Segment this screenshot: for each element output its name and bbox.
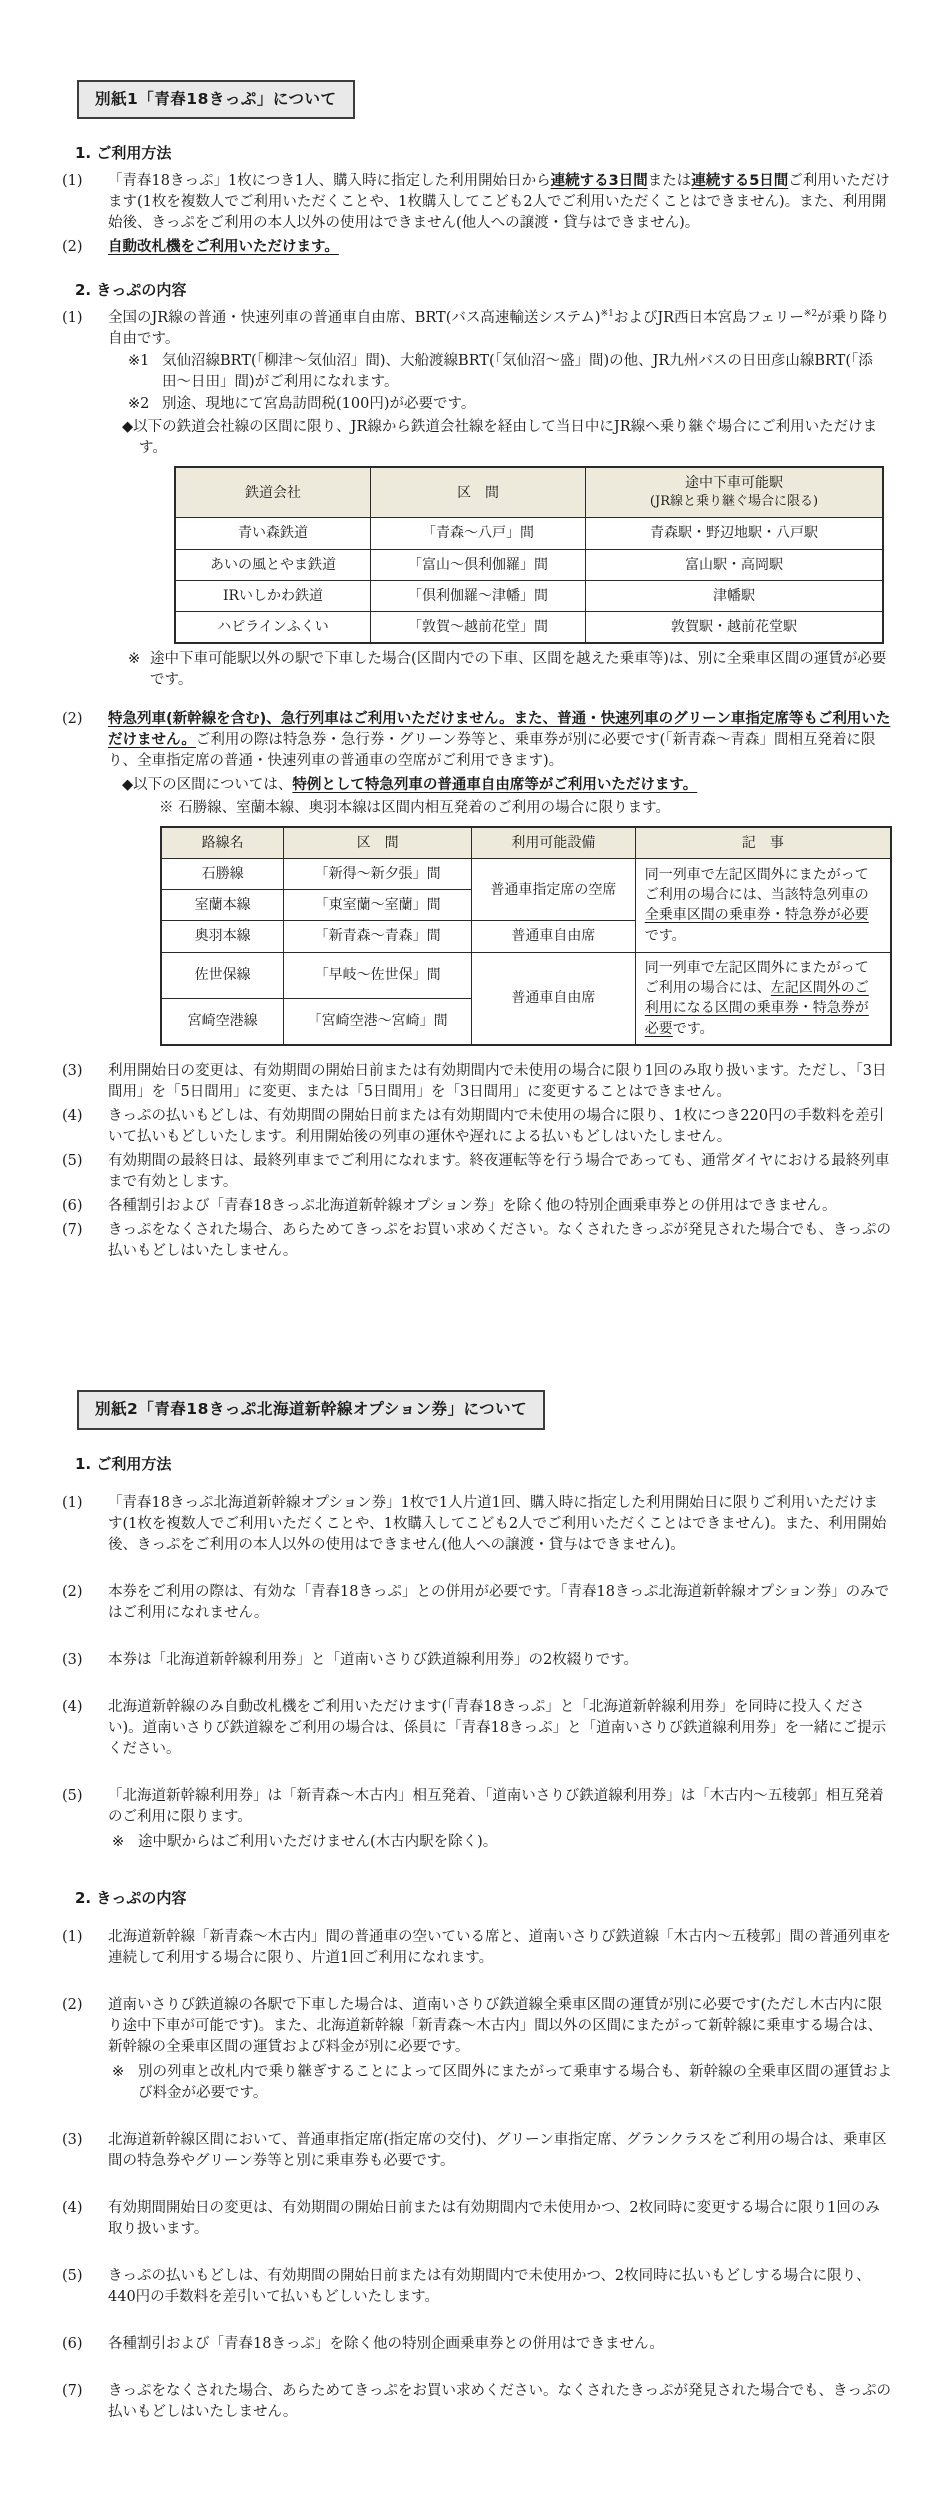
table-row: IRいしかわ鉄道 「倶利伽羅〜津幡」間 津幡駅	[175, 580, 883, 611]
text-segment: 同一列車で左記区間外にまたがってご利用の場合には、当該特急列車の	[645, 867, 869, 903]
cell-section: 「新青森〜青森」間	[284, 921, 472, 952]
item-text: きっぷの払いもどしは、有効期間の開始日前または有効期間内で未使用の場合に限り、1…	[108, 1106, 892, 1148]
list-item: (2) 本券をご利用の際は、有効な「青春18きっぷ」との併用が必要です。「青春1…	[62, 1582, 892, 1624]
list-item: (5) きっぷの払いもどしは、有効期間の開始日前または有効期間内で未使用かつ、2…	[62, 2266, 892, 2308]
footnote: ※ 途中駅からはご利用いただけません(木古内駅を除く)。	[112, 1832, 892, 1853]
text-segment: 特例として特急列車の普通車自由席等がご利用いただけます。	[292, 777, 697, 793]
item-number: (3)	[62, 1650, 108, 1671]
cell-section: 「新得〜新夕張」間	[284, 858, 472, 889]
cell-section: 「東室蘭〜室蘭」間	[284, 890, 472, 921]
cell-stations: 津幡駅	[586, 580, 884, 611]
cell-section: 「富山〜倶利伽羅」間	[371, 549, 586, 580]
diamond-note: ◆以下の区間については、特例として特急列車の普通車自由席等がご利用いただけます。	[122, 775, 892, 796]
table-row: 佐世保線 「早岐〜佐世保」間 普通車自由席 同一列車で左記区間外にまたがってご利…	[161, 952, 891, 998]
section1-title-box: 別紙1「青春18きっぷ」について	[77, 80, 355, 119]
cell-line: 宮崎空港線	[161, 998, 284, 1045]
th-line: 路線名	[161, 827, 284, 859]
item-text: 各種割引および「青春18きっぷ北海道新幹線オプション券」を除く他の特別企画乗車券…	[108, 1196, 892, 1217]
text-segment: ※2	[804, 309, 817, 319]
th-section: 区 間	[284, 827, 472, 859]
item-number: (6)	[62, 2334, 108, 2355]
item-text: 特急列車(新幹線を含む)、急行列車はご利用いただけません。また、普通・快速列車の…	[108, 711, 890, 769]
footnote-text: 気仙沼線BRT(「柳津〜気仙沼」間)、大船渡線BRT(「気仙沼〜盛」間)の他、J…	[162, 351, 892, 393]
list-item: (4) きっぷの払いもどしは、有効期間の開始日前または有効期間内で未使用の場合に…	[62, 1106, 892, 1148]
list-item: (1) 「青春18きっぷ北海道新幹線オプション券」1枚で1人片道1回、購入時に指…	[62, 1493, 892, 1556]
table-header-row: 鉄道会社 区 間 途中下車可能駅 (JR線と乗り継ぐ場合に限る)	[175, 467, 883, 518]
item-text: 有効期間開始日の変更は、有効期間の開始日前または有効期間内で未使用かつ、2枚同時…	[108, 2198, 892, 2240]
footnote-text: 別の列車と改札内で乗り継ぎすることによって区間外にまたがって乗車する場合も、新幹…	[138, 2062, 892, 2104]
item-number: (3)	[62, 2130, 108, 2151]
diamond-note: ◆以下の鉄道会社線の区間に限り、JR線から鉄道会社線を経由して当日中にJR線へ乗…	[122, 417, 892, 459]
list-item: (7) きっぷをなくされた場合、あらためてきっぷをお買い求めください。なくされた…	[62, 2381, 892, 2423]
footnote: ※1 気仙沼線BRT(「柳津〜気仙沼」間)、大船渡線BRT(「気仙沼〜盛」間)の…	[128, 351, 892, 393]
cell-section: 「敦賀〜越前花堂」間	[371, 612, 586, 644]
item-number: (2)	[62, 237, 108, 258]
item-text: 「青春18きっぷ北海道新幹線オプション券」1枚で1人片道1回、購入時に指定した利…	[108, 1493, 892, 1556]
footnote: ※ 別の列車と改札内で乗り継ぎすることによって区間外にまたがって乗車する場合も、…	[112, 2062, 892, 2104]
item-number: (1)	[62, 308, 108, 329]
item-text: 有効期間の最終日は、最終列車までご利用になれます。終夜運転等を行う場合であっても…	[108, 1151, 892, 1193]
table-header-row: 路線名 区 間 利用可能設備 記 事	[161, 827, 891, 859]
cell-line: 佐世保線	[161, 952, 284, 998]
cell-line: 奥羽本線	[161, 921, 284, 952]
th-stations: 途中下車可能駅 (JR線と乗り継ぐ場合に限る)	[586, 467, 884, 518]
item-text: 各種割引および「青春18きっぷ」を除く他の特別企画乗車券との併用はできません。	[108, 2334, 892, 2355]
cell-remark: 同一列車で左記区間外にまたがってご利用の場合には、左記区間外のご利用になる区間の…	[635, 952, 891, 1045]
item-number: (5)	[62, 2266, 108, 2287]
th-remark: 記 事	[635, 827, 891, 859]
text-segment: 全国のJR線の普通・快速列車の普通車自由席、BRT(バス高速輸送システム)	[108, 310, 601, 326]
cell-line: 石勝線	[161, 858, 284, 889]
footnote-mark: ※1	[128, 351, 162, 393]
cell-section: 「青森〜八戸」間	[371, 518, 586, 549]
footnote-mark: ※	[128, 649, 150, 691]
text-segment: または	[648, 173, 692, 189]
list-item: (3) 北海道新幹線区間において、普通車指定席(指定席の交付)、グリーン車指定席…	[62, 2130, 892, 2172]
item-text: 北海道新幹線のみ自動改札機をご利用いただけます(「青春18きっぷ」と「北海道新幹…	[108, 1697, 892, 1760]
item-text: きっぷをなくされた場合、あらためてきっぷをお買い求めください。なくされたきっぷが…	[108, 1220, 892, 1262]
footnote-text: 途中駅からはご利用いただけません(木古内駅を除く)。	[138, 1832, 892, 1853]
footnote: ※2 別途、現地にて宮島訪問税(100円)が必要です。	[128, 394, 892, 415]
item-text: 本券をご利用の際は、有効な「青春18きっぷ」との併用が必要です。「青春18きっぷ…	[108, 1582, 892, 1624]
cell-company: ハピラインふくい	[175, 612, 371, 644]
item-text: 北海道新幹線「新青森〜木古内」間の普通車の空いている席と、道南いさりび鉄道線「木…	[108, 1927, 892, 1969]
list-item: (1) 北海道新幹線「新青森〜木古内」間の普通車の空いている席と、道南いさりび鉄…	[62, 1927, 892, 1969]
cell-line: 室蘭本線	[161, 890, 284, 921]
section2-title-box: 別紙2「青春18きっぷ北海道新幹線オプション券」について	[77, 1390, 545, 1429]
cell-facility: 普通車指定席の空席	[471, 858, 635, 921]
cell-stations: 富山駅・高岡駅	[586, 549, 884, 580]
footnote-text: 途中下車可能駅以外の駅で下車した場合(区間内での下車、区間を越えた乗車等)は、別…	[150, 649, 892, 691]
list-item: (3) 利用開始日の変更は、有効期間の開始日前または有効期間内で未使用の場合に限…	[62, 1061, 892, 1103]
text-segment: です。	[673, 1021, 714, 1037]
th-company: 鉄道会社	[175, 467, 371, 518]
document-page: 別紙1「青春18きっぷ」について 1. ご利用方法 (1) 「青春18きっぷ」1…	[0, 0, 930, 2520]
cell-stations: 青森駅・野辺地駅・八戸駅	[586, 518, 884, 549]
section-besshi1: 別紙1「青春18きっぷ」について 1. ご利用方法 (1) 「青春18きっぷ」1…	[62, 80, 892, 1262]
section1-content-heading: 2. きっぷの内容	[75, 280, 892, 302]
cell-section: 「早岐〜佐世保」間	[284, 952, 472, 998]
section2-content-heading: 2. きっぷの内容	[75, 1888, 892, 1910]
text-segment: ◆以下の区間については、	[122, 777, 292, 793]
table-row: あいの風とやま鉄道 「富山〜倶利伽羅」間 富山駅・高岡駅	[175, 549, 883, 580]
list-item: (2) 特急列車(新幹線を含む)、急行列車はご利用いただけません。また、普通・快…	[62, 709, 892, 1058]
footnote-text: 別途、現地にて宮島訪問税(100円)が必要です。	[162, 394, 892, 415]
item-body: 道南いさりび鉄道線の各駅で下車した場合は、道南いさりび鉄道線全乗車区間の運賃が別…	[108, 1995, 892, 2104]
table-row: 青い森鉄道 「青森〜八戸」間 青森駅・野辺地駅・八戸駅	[175, 518, 883, 549]
section1-usage-heading: 1. ご利用方法	[75, 143, 892, 165]
list-item: (6) 各種割引および「青春18きっぷ」を除く他の特別企画乗車券との併用はできま…	[62, 2334, 892, 2355]
list-item: (3) 本券は「北海道新幹線利用券」と「道南いさりび鉄道線利用券」の2枚綴りです…	[62, 1650, 892, 1671]
table-row: ハピラインふくい 「敦賀〜越前花堂」間 敦賀駅・越前花堂駅	[175, 612, 883, 644]
limited-express-exception-table: 路線名 区 間 利用可能設備 記 事 石勝線 「新得〜新夕張」間 普通車指定席の…	[160, 826, 892, 1046]
cell-company: 青い森鉄道	[175, 518, 371, 549]
item-text: 利用開始日の変更は、有効期間の開始日前または有効期間内で未使用の場合に限り1回の…	[108, 1061, 892, 1103]
item-number: (2)	[62, 1995, 108, 2016]
item-text: きっぷの払いもどしは、有効期間の開始日前または有効期間内で未使用かつ、2枚同時に…	[108, 2266, 892, 2308]
text-segment: ※1	[601, 309, 614, 319]
cell-remark: 同一列車で左記区間外にまたがってご利用の場合には、当該特急列車の全乗車区間の乗車…	[635, 858, 891, 952]
text-segment: です。	[645, 928, 686, 944]
item-number: (6)	[62, 1196, 108, 1217]
text-segment: およびJR西日本宮島フェリー	[614, 310, 804, 326]
table-footnote: ※ 途中下車可能駅以外の駅で下車した場合(区間内での下車、区間を越えた乗車等)は…	[128, 649, 892, 691]
item-text: 「北海道新幹線利用券」は「新青森〜木古内」相互発着、「道南いさりび鉄道線利用券」…	[108, 1788, 884, 1825]
railway-transfer-table: 鉄道会社 区 間 途中下車可能駅 (JR線と乗り継ぐ場合に限る) 青い森鉄道 「…	[174, 466, 884, 644]
item-number: (7)	[62, 2381, 108, 2402]
text-segment: 自動改札機をご利用いただけます。	[108, 239, 339, 255]
footnote-mark: ※2	[128, 394, 162, 415]
cell-company: IRいしかわ鉄道	[175, 580, 371, 611]
item-number: (5)	[62, 1786, 108, 1807]
text-segment: 「青春18きっぷ」1枚につき1人、購入時に指定した利用開始日から	[108, 173, 551, 189]
list-item: (2) 自動改札機をご利用いただけます。	[62, 237, 892, 258]
item-text: きっぷをなくされた場合、あらためてきっぷをお買い求めください。なくされたきっぷが…	[108, 2381, 892, 2423]
list-item: (4) 北海道新幹線のみ自動改札機をご利用いただけます(「青春18きっぷ」と「北…	[62, 1697, 892, 1760]
item-number: (7)	[62, 1220, 108, 1241]
item-number: (2)	[62, 709, 108, 730]
item-number: (4)	[62, 1697, 108, 1718]
section2-usage-heading: 1. ご利用方法	[75, 1454, 892, 1476]
text-segment: 連続する3日間	[551, 173, 648, 189]
item-number: (3)	[62, 1061, 108, 1082]
cell-stations: 敦賀駅・越前花堂駅	[586, 612, 884, 644]
item-text: 道南いさりび鉄道線の各駅で下車した場合は、道南いさりび鉄道線全乗車区間の運賃が別…	[108, 1997, 882, 2055]
item-number: (4)	[62, 2198, 108, 2219]
th-facility: 利用可能設備	[471, 827, 635, 859]
list-item: (5) 「北海道新幹線利用券」は「新青森〜木古内」相互発着、「道南いさりび鉄道線…	[62, 1786, 892, 1853]
list-item: (5) 有効期間の最終日は、最終列車までご利用になれます。終夜運転等を行う場合で…	[62, 1151, 892, 1193]
item-number: (4)	[62, 1106, 108, 1127]
list-item: (1) 「青春18きっぷ」1枚につき1人、購入時に指定した利用開始日から連続する…	[62, 171, 892, 234]
text-segment: 連続する5日間	[691, 173, 788, 189]
item-number: (2)	[62, 1582, 108, 1603]
item-text: 「青春18きっぷ」1枚につき1人、購入時に指定した利用開始日から連続する3日間ま…	[108, 171, 892, 234]
cell-facility: 普通車自由席	[471, 921, 635, 952]
item-body: 特急列車(新幹線を含む)、急行列車はご利用いただけません。また、普通・快速列車の…	[108, 709, 892, 1058]
section-besshi2: 別紙2「青春18きっぷ北海道新幹線オプション券」について 1. ご利用方法 (1…	[62, 1390, 892, 2423]
footnote-text: ※ 石勝線、室蘭本線、奥羽本線は区間内相互発着のご利用の場合に限ります。	[159, 798, 892, 819]
item-text: 自動改札機をご利用いただけます。	[108, 237, 892, 258]
table-row: 石勝線 「新得〜新夕張」間 普通車指定席の空席 同一列車で左記区間外にまたがって…	[161, 858, 891, 889]
item-text: 全国のJR線の普通・快速列車の普通車自由席、BRT(バス高速輸送システム)※1お…	[108, 310, 890, 347]
cell-section: 「倶利伽羅〜津幡」間	[371, 580, 586, 611]
item-text: 北海道新幹線区間において、普通車指定席(指定席の交付)、グリーン車指定席、グラン…	[108, 2130, 892, 2172]
cell-company: あいの風とやま鉄道	[175, 549, 371, 580]
item-number: (1)	[62, 1493, 108, 1514]
cell-section: 「宮崎空港〜宮崎」間	[284, 998, 472, 1045]
item-number: (5)	[62, 1151, 108, 1172]
text-segment: 全乗車区間の乗車券・特急券が必要	[645, 907, 869, 923]
th-section: 区 間	[371, 467, 586, 518]
list-item: (6) 各種割引および「青春18きっぷ北海道新幹線オプション券」を除く他の特別企…	[62, 1196, 892, 1217]
item-body: 全国のJR線の普通・快速列車の普通車自由席、BRT(バス高速輸送システム)※1お…	[108, 308, 892, 692]
footnote-mark: ※	[112, 1832, 138, 1853]
list-item: (7) きっぷをなくされた場合、あらためてきっぷをお買い求めください。なくされた…	[62, 1220, 892, 1262]
cell-facility: 普通車自由席	[471, 952, 635, 1045]
item-number: (1)	[62, 171, 108, 192]
item-body: 「北海道新幹線利用券」は「新青森〜木古内」相互発着、「道南いさりび鉄道線利用券」…	[108, 1786, 892, 1853]
footnote-mark: ※	[112, 2062, 138, 2104]
list-item: (2) 道南いさりび鉄道線の各駅で下車した場合は、道南いさりび鉄道線全乗車区間の…	[62, 1995, 892, 2104]
list-item: (4) 有効期間開始日の変更は、有効期間の開始日前または有効期間内で未使用かつ、…	[62, 2198, 892, 2240]
item-text: 本券は「北海道新幹線利用券」と「道南いさりび鉄道線利用券」の2枚綴りです。	[108, 1650, 892, 1671]
list-item: (1) 全国のJR線の普通・快速列車の普通車自由席、BRT(バス高速輸送システム…	[62, 308, 892, 692]
text-segment: ご利用の際は特急券・急行券・グリーン券等と、乗車券が別に必要です(「新青森〜青森…	[108, 732, 876, 769]
item-number: (1)	[62, 1927, 108, 1948]
